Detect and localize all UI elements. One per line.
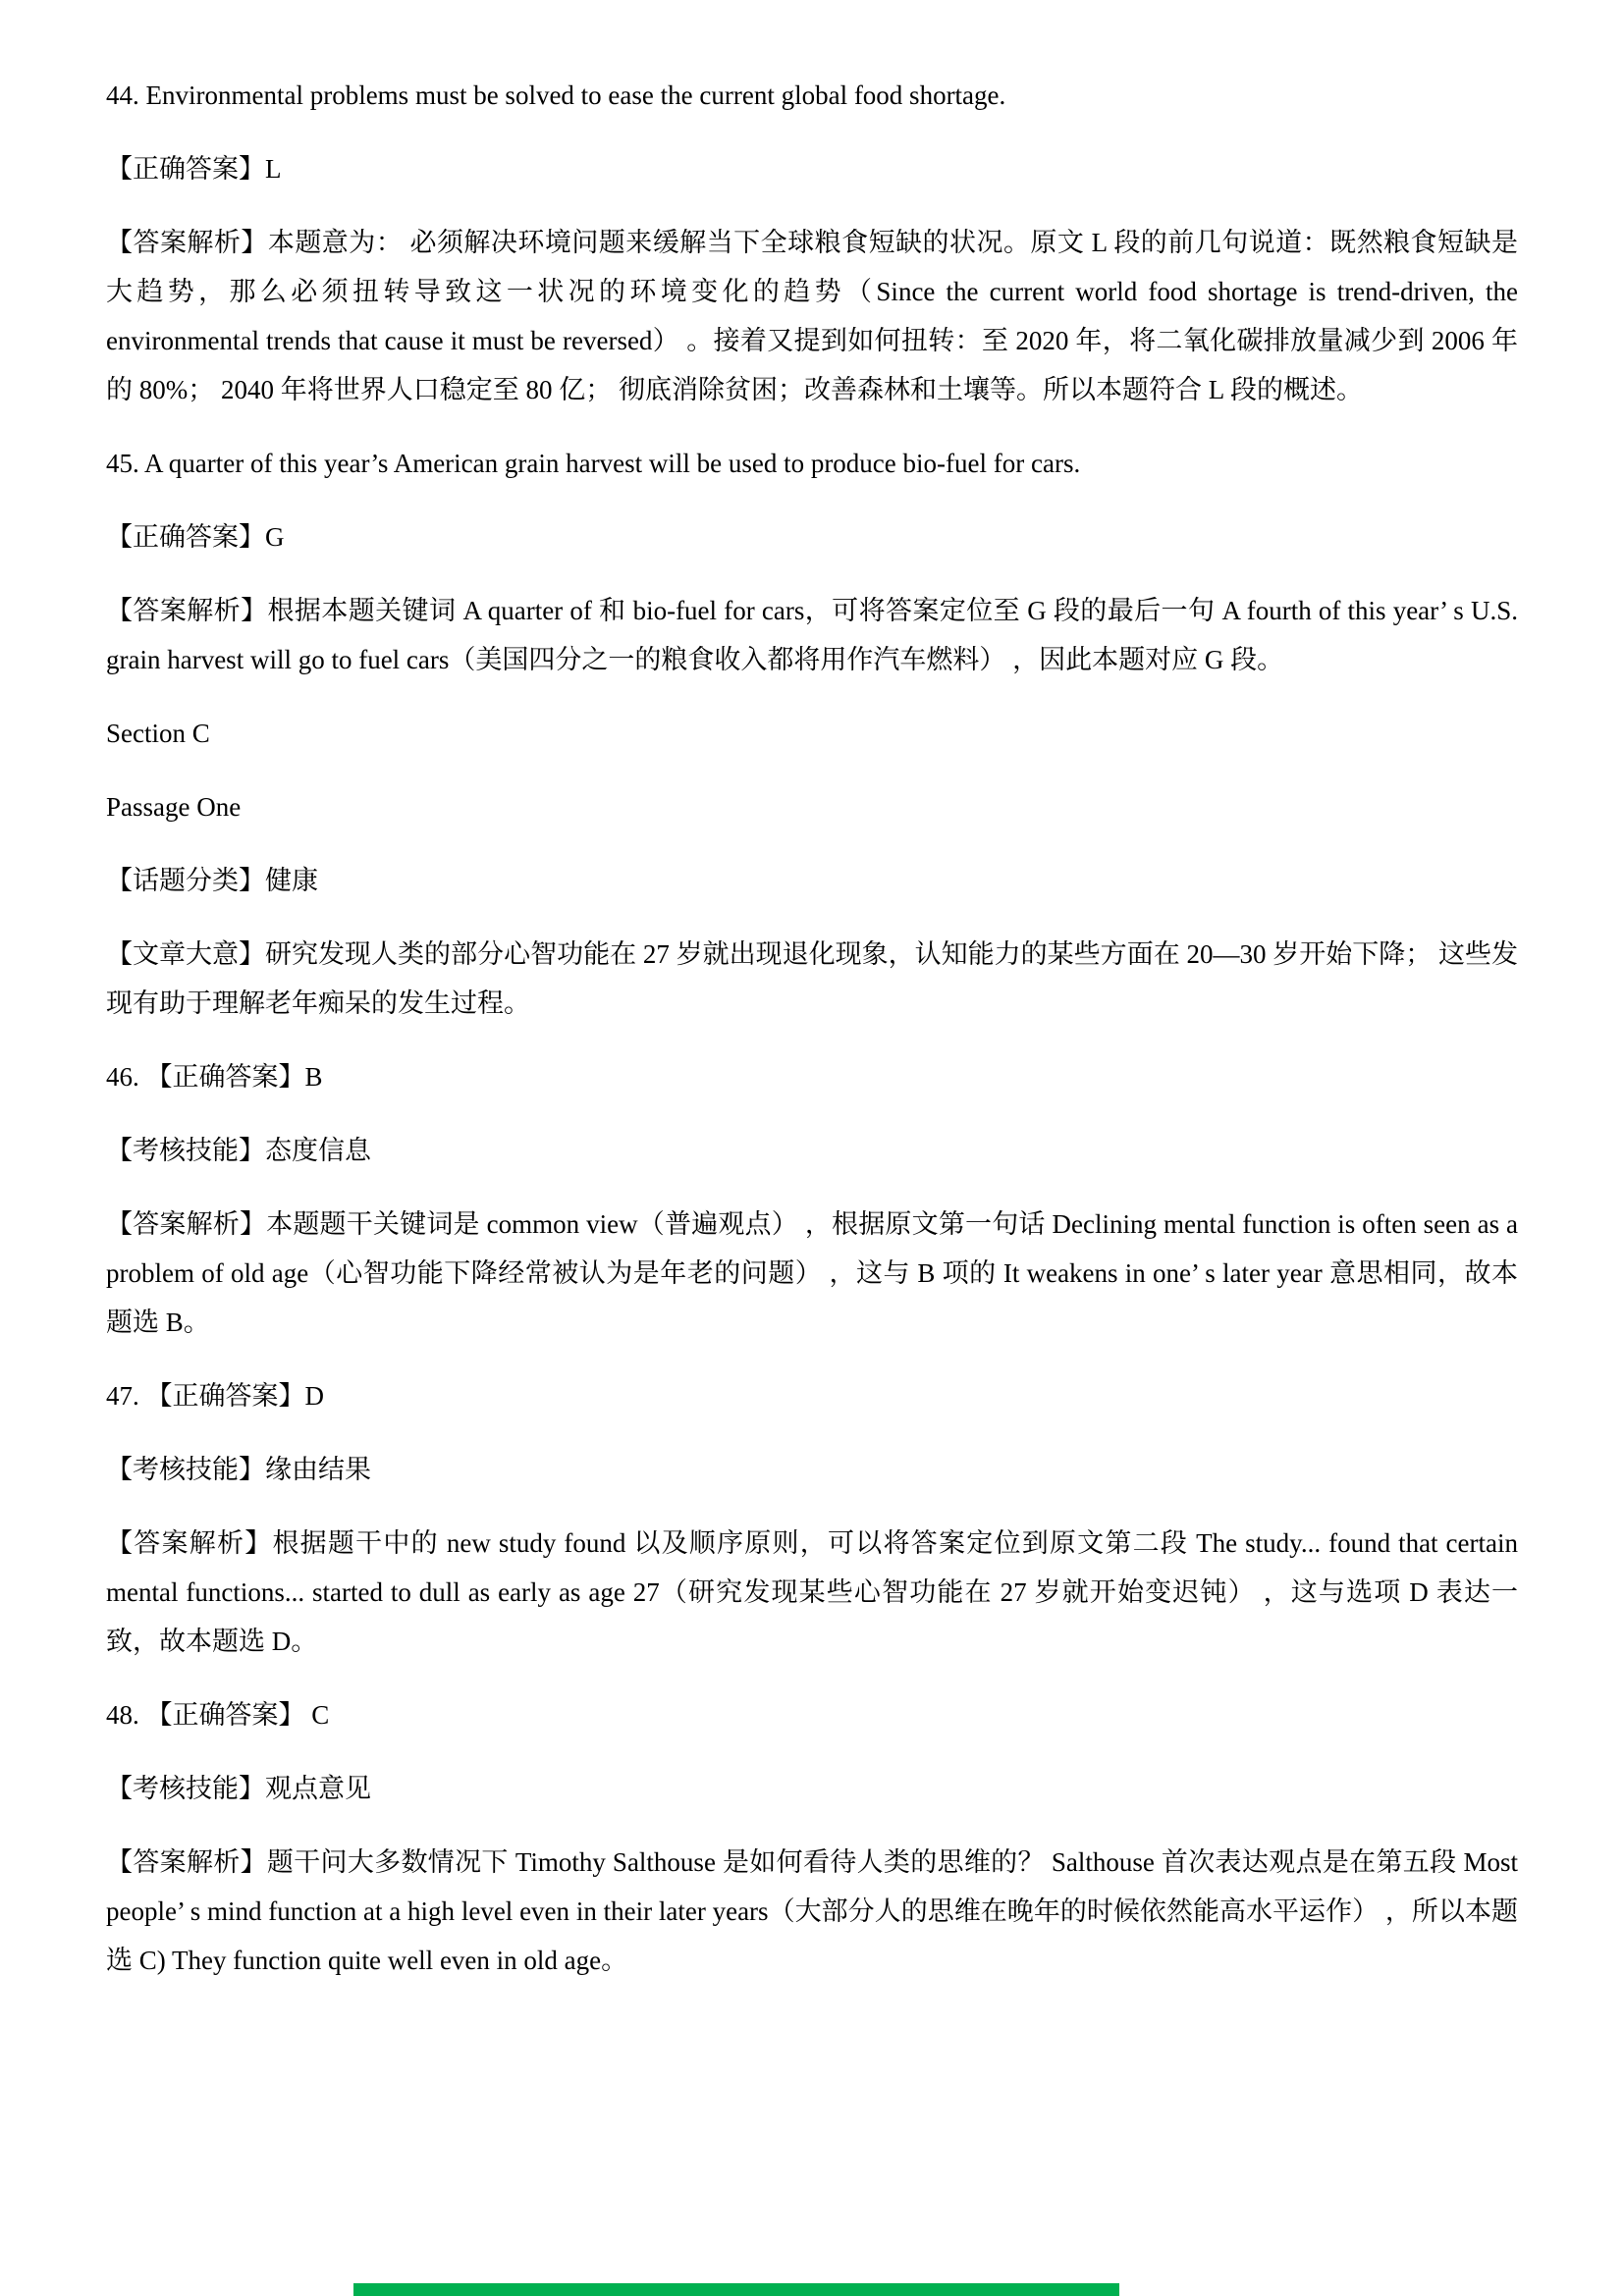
doc-paragraph: 【答案解析】本题意为： 必须解决环境问题来缓解当下全球粮食短缺的状况。原文 L …: [106, 218, 1518, 414]
doc-paragraph: 【答案解析】本题题干关键词是 common view（普遍观点） ，根据原文第一…: [106, 1200, 1518, 1347]
doc-paragraph: 【考核技能】态度信息: [106, 1126, 1518, 1175]
doc-paragraph: 【答案解析】题干问大多数情况下 Timothy Salthouse 是如何看待人…: [106, 1838, 1518, 1985]
doc-paragraph: 45. A quarter of this year’s American gr…: [106, 439, 1518, 488]
document-body: 44. Environmental problems must be solve…: [106, 71, 1518, 1985]
doc-paragraph: 【答案解析】根据本题关键词 A quarter of 和 bio-fuel fo…: [106, 586, 1518, 684]
doc-paragraph: 【话题分类】健康: [106, 856, 1518, 905]
doc-paragraph: 【考核技能】缘由结果: [106, 1445, 1518, 1494]
doc-paragraph: 44. Environmental problems must be solve…: [106, 71, 1518, 120]
doc-paragraph: 【正确答案】G: [106, 512, 1518, 561]
doc-paragraph: 46. 【正确答案】B: [106, 1052, 1518, 1101]
document-page: 44. Environmental problems must be solve…: [0, 0, 1624, 2296]
next-section-header-sliver: [353, 2283, 1119, 2296]
doc-paragraph: 【正确答案】L: [106, 144, 1518, 193]
doc-paragraph: 48. 【正确答案】 C: [106, 1690, 1518, 1739]
doc-paragraph: 47. 【正确答案】D: [106, 1371, 1518, 1420]
doc-paragraph: 【文章大意】研究发现人类的部分心智功能在 27 岁就出现退化现象，认知能力的某些…: [106, 930, 1518, 1028]
doc-paragraph: 【答案解析】根据题干中的 new study found 以及顺序原则，可以将答…: [106, 1519, 1518, 1666]
doc-paragraph: Passage One: [106, 782, 1518, 831]
doc-paragraph: Section C: [106, 709, 1518, 758]
doc-paragraph: 【考核技能】观点意见: [106, 1764, 1518, 1813]
